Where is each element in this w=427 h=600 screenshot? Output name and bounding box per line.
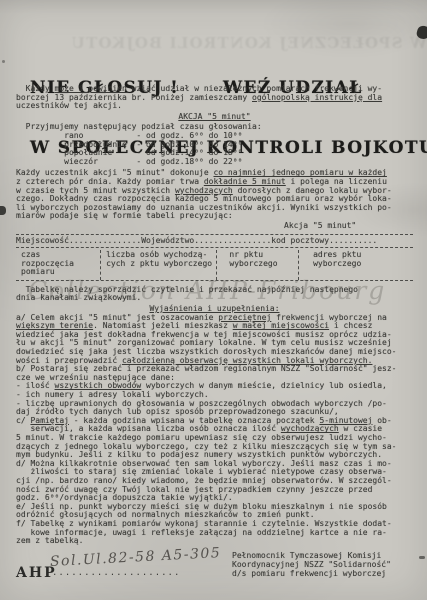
scan-artifact [0, 206, 6, 215]
intro-paragraph: Każdy może i powinien wziąć udział w nie… [16, 85, 413, 111]
item-d: d/ Można kilkakrotnie obserwować ten sam… [16, 460, 413, 503]
item-f: f/ Tabelkę z wynikami pomiarów wykonaj s… [16, 520, 413, 546]
footer: AHP .................... Sol.Ul.82-58 A5… [16, 556, 413, 586]
table-caption: Akcja "5 minut" [16, 222, 413, 231]
item-a: a/ Celem akcji "5 minut" jest oszacowani… [16, 314, 413, 366]
table-header-row: czas rozpoczęcia pomiaru liczba osób wyc… [16, 250, 413, 280]
voting-time-schedule: Przyjmujemy następujący podział czasu gł… [16, 123, 413, 166]
scanned-leaflet-page: W SPOŁECZNEJ KONTROLI BOJKOTU NIE GŁOSUJ… [0, 0, 427, 600]
table-dashed-rule [16, 280, 413, 283]
results-table: Miejscowość...............Województwo...… [16, 234, 413, 283]
table-header-station-address: adres pktu wyborczego [298, 250, 413, 280]
item-e: e/ Jeśli np. punkt wyborczy mieści się w… [16, 503, 413, 520]
table-header-people-count: liczba osób wychodzą- cych z pktu wyborc… [100, 250, 216, 280]
table-header-station-number: nr pktu wyborczego [216, 250, 298, 280]
measurement-instructions-paragraph: Każdy uczestnik akcji "5 minut" dokonuje… [16, 169, 413, 221]
item-c: c/ Pamiętaj - każda godzina wpisana w ta… [16, 417, 413, 460]
item-b: b/ Postaraj się zebrać i przekazać władz… [16, 365, 413, 417]
table-note-paragraph: Tabelkę należy sporządzić czytelnie i pr… [16, 286, 413, 303]
action-heading: AKCJA "5 minut" [16, 113, 413, 122]
scan-artifact [2, 60, 5, 63]
table-location-line: Miejscowość...............Województwo...… [16, 237, 413, 248]
typewritten-body: Każdy może i powinien wziąć udział w nie… [16, 85, 413, 578]
dotted-line: .................... [52, 568, 180, 578]
scan-artifact [419, 556, 425, 559]
table-header-start-time: czas rozpoczęcia pomiaru [16, 250, 100, 280]
